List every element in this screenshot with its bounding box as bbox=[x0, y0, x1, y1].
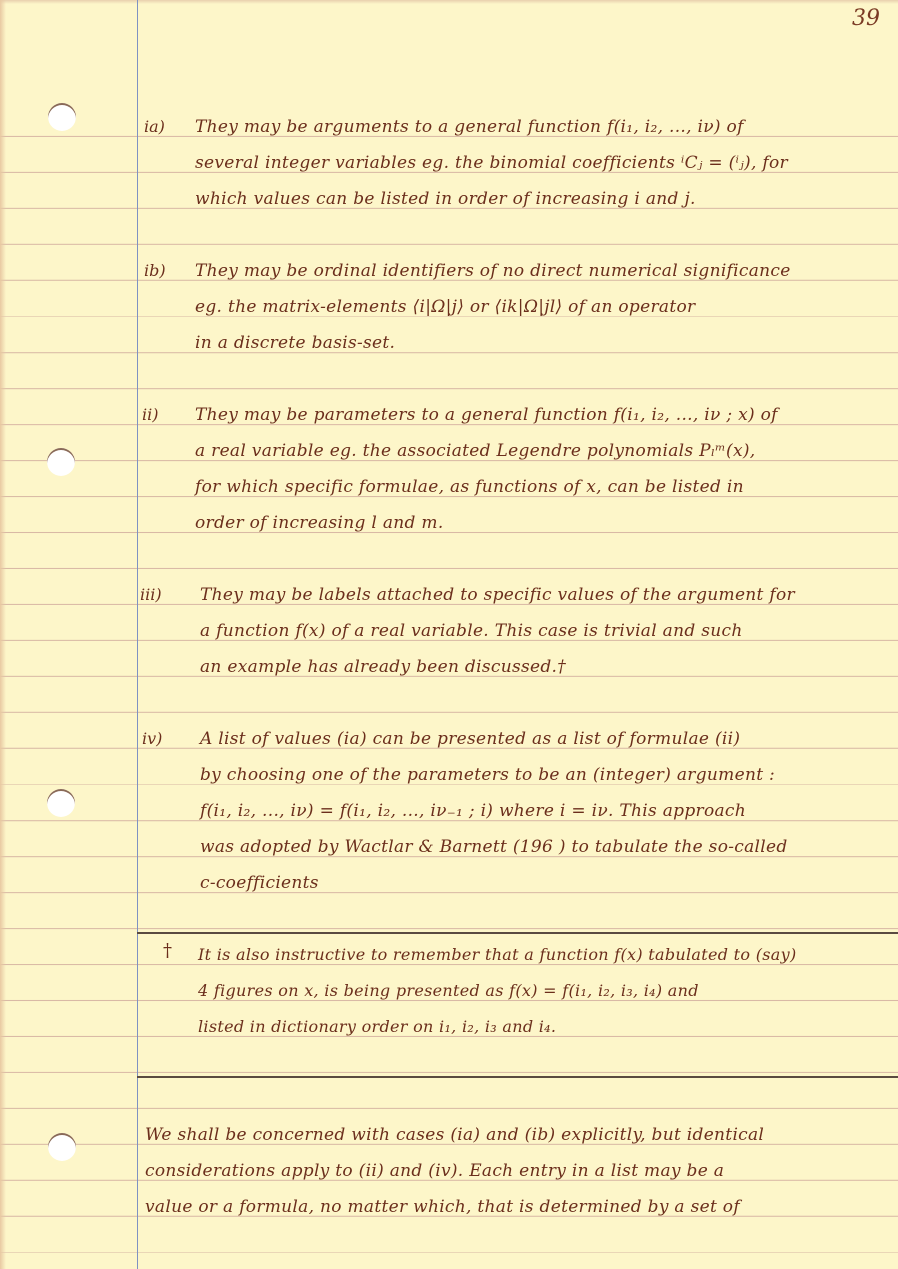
section-label-ii: ii) bbox=[142, 405, 158, 425]
footnote-divider-bottom bbox=[137, 1076, 898, 1078]
page-number: 39 bbox=[852, 6, 880, 31]
punch-hole-2 bbox=[47, 448, 75, 476]
section-label-ib: ib) bbox=[144, 261, 166, 281]
text-line: several integer variables eg. the binomi… bbox=[195, 153, 788, 173]
text-line: They may be labels attached to specific … bbox=[200, 585, 795, 605]
top-edge-shadow bbox=[0, 0, 898, 4]
text-line: eg. the matrix-elements ⟨i|Ω|j⟩ or ⟨ik|Ω… bbox=[195, 297, 695, 317]
text-line: by choosing one of the parameters to be … bbox=[200, 765, 775, 785]
left-edge-shadow bbox=[0, 0, 6, 1269]
text-line: They may be parameters to a general func… bbox=[195, 405, 778, 425]
paragraph-line: We shall be concerned with cases (ia) an… bbox=[145, 1125, 764, 1145]
footnote-line: It is also instructive to remember that … bbox=[198, 945, 797, 965]
text-line: They may be arguments to a general funct… bbox=[195, 117, 744, 137]
text-line: c-coefficients bbox=[200, 873, 319, 893]
text-line: in a discrete basis-set. bbox=[195, 333, 395, 353]
footnote-divider-top bbox=[137, 932, 898, 934]
text-line: a function f(x) of a real variable. This… bbox=[200, 621, 743, 641]
text-line: was adopted by Wactlar & Barnett (196 ) … bbox=[200, 837, 788, 857]
footnote-dagger-marker: † bbox=[163, 940, 172, 961]
footnote-line: 4 figures on x, is being presented as f(… bbox=[198, 981, 699, 1001]
section-label-ia: ia) bbox=[144, 117, 165, 137]
text-line: an example has already been discussed.† bbox=[200, 657, 566, 677]
paragraph-line: value or a formula, no matter which, tha… bbox=[145, 1197, 740, 1217]
text-line: a real variable eg. the associated Legen… bbox=[195, 441, 755, 461]
punch-hole-3 bbox=[47, 789, 75, 817]
text-line: order of increasing l and m. bbox=[195, 513, 444, 533]
top-margin-area bbox=[0, 0, 898, 100]
punch-hole-4 bbox=[48, 1133, 76, 1161]
section-label-iii: iii) bbox=[140, 585, 162, 605]
text-line: f(i₁, i₂, ..., iν) = f(i₁, i₂, ..., iν₋₁… bbox=[200, 801, 746, 821]
paragraph-line: considerations apply to (ii) and (iv). E… bbox=[145, 1161, 724, 1181]
section-label-iv: iv) bbox=[142, 729, 162, 749]
text-line: which values can be listed in order of i… bbox=[195, 189, 696, 209]
footnote-line: listed in dictionary order on i₁, i₂, i₃… bbox=[198, 1017, 556, 1037]
margin-line bbox=[137, 0, 138, 1269]
text-line: They may be ordinal identifiers of no di… bbox=[195, 261, 791, 281]
text-line: for which specific formulae, as function… bbox=[195, 477, 744, 497]
punch-hole-1 bbox=[48, 103, 76, 131]
text-line: A list of values (ia) can be presented a… bbox=[200, 729, 740, 749]
